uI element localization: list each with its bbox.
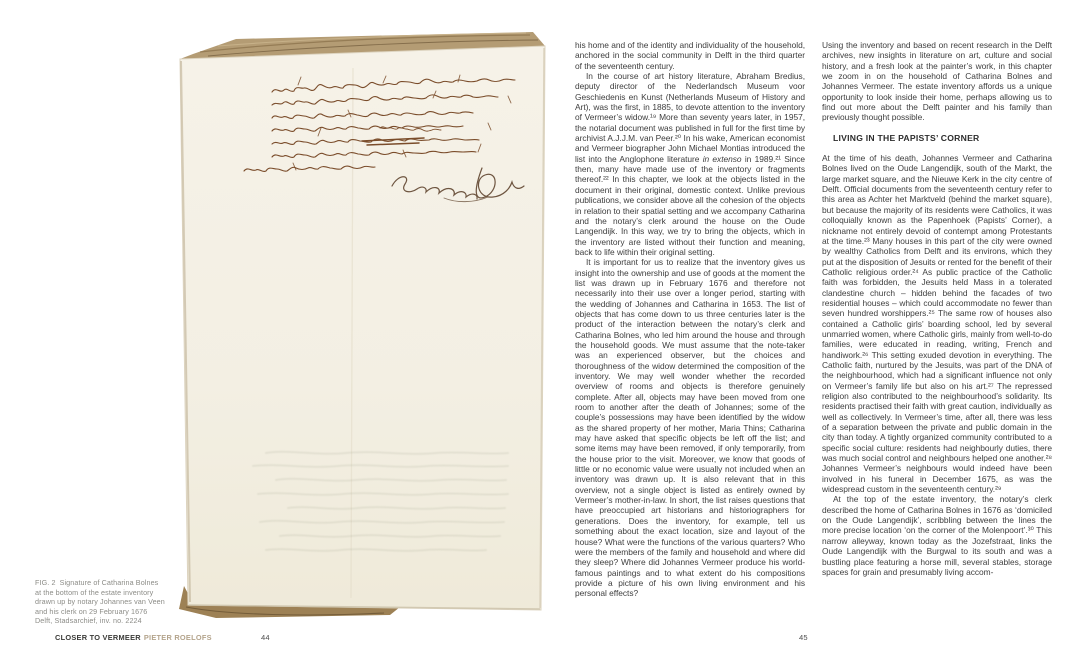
page-number-left: 44 <box>261 633 270 642</box>
figure-label: FIG. 2 <box>35 578 56 587</box>
book-spread: { "book": { "footer": { "title": "CLOSER… <box>0 0 1080 665</box>
caption-text: Signature of Catharina Bolnes <box>60 578 159 587</box>
caption-line: FIG. 2Signature of Catharina Bolnes <box>35 578 185 588</box>
caption-line: drawn up by notary Johannes van Veen <box>35 597 185 607</box>
body-paragraph: It is important for us to realize that t… <box>575 257 805 598</box>
caption-line: Delft, Stadsarchief, inv. no. 2224 <box>35 616 185 626</box>
body-paragraph: In the course of art history literature,… <box>575 71 805 257</box>
section-heading: LIVING IN THE PAPISTS’ CORNER <box>833 133 1052 143</box>
body-paragraph: At the top of the estate inventory, the … <box>822 494 1052 577</box>
text-column-1: his home and of the identity and individ… <box>575 40 805 636</box>
body-paragraph: Using the inventory and based on recent … <box>822 40 1052 123</box>
caption-line: at the bottom of the estate inventory <box>35 588 185 598</box>
manuscript-sheet <box>180 46 545 610</box>
page-number-right: 45 <box>799 633 808 642</box>
body-paragraph: At the time of his death, Johannes Verme… <box>822 153 1052 494</box>
book-author: PIETER ROELOFS <box>144 633 212 642</box>
running-footer: CLOSER TO VERMEERPIETER ROELOFS <box>55 633 212 642</box>
figure-caption: FIG. 2Signature of Catharina Bolnes at t… <box>35 578 185 626</box>
estate-inventory-photo <box>148 28 548 628</box>
book-title: CLOSER TO VERMEER <box>55 633 141 642</box>
caption-line: and his clerk on 29 February 1676 <box>35 607 185 617</box>
text-column-2: Using the inventory and based on recent … <box>822 40 1052 636</box>
body-paragraph: his home and of the identity and individ… <box>575 40 805 71</box>
